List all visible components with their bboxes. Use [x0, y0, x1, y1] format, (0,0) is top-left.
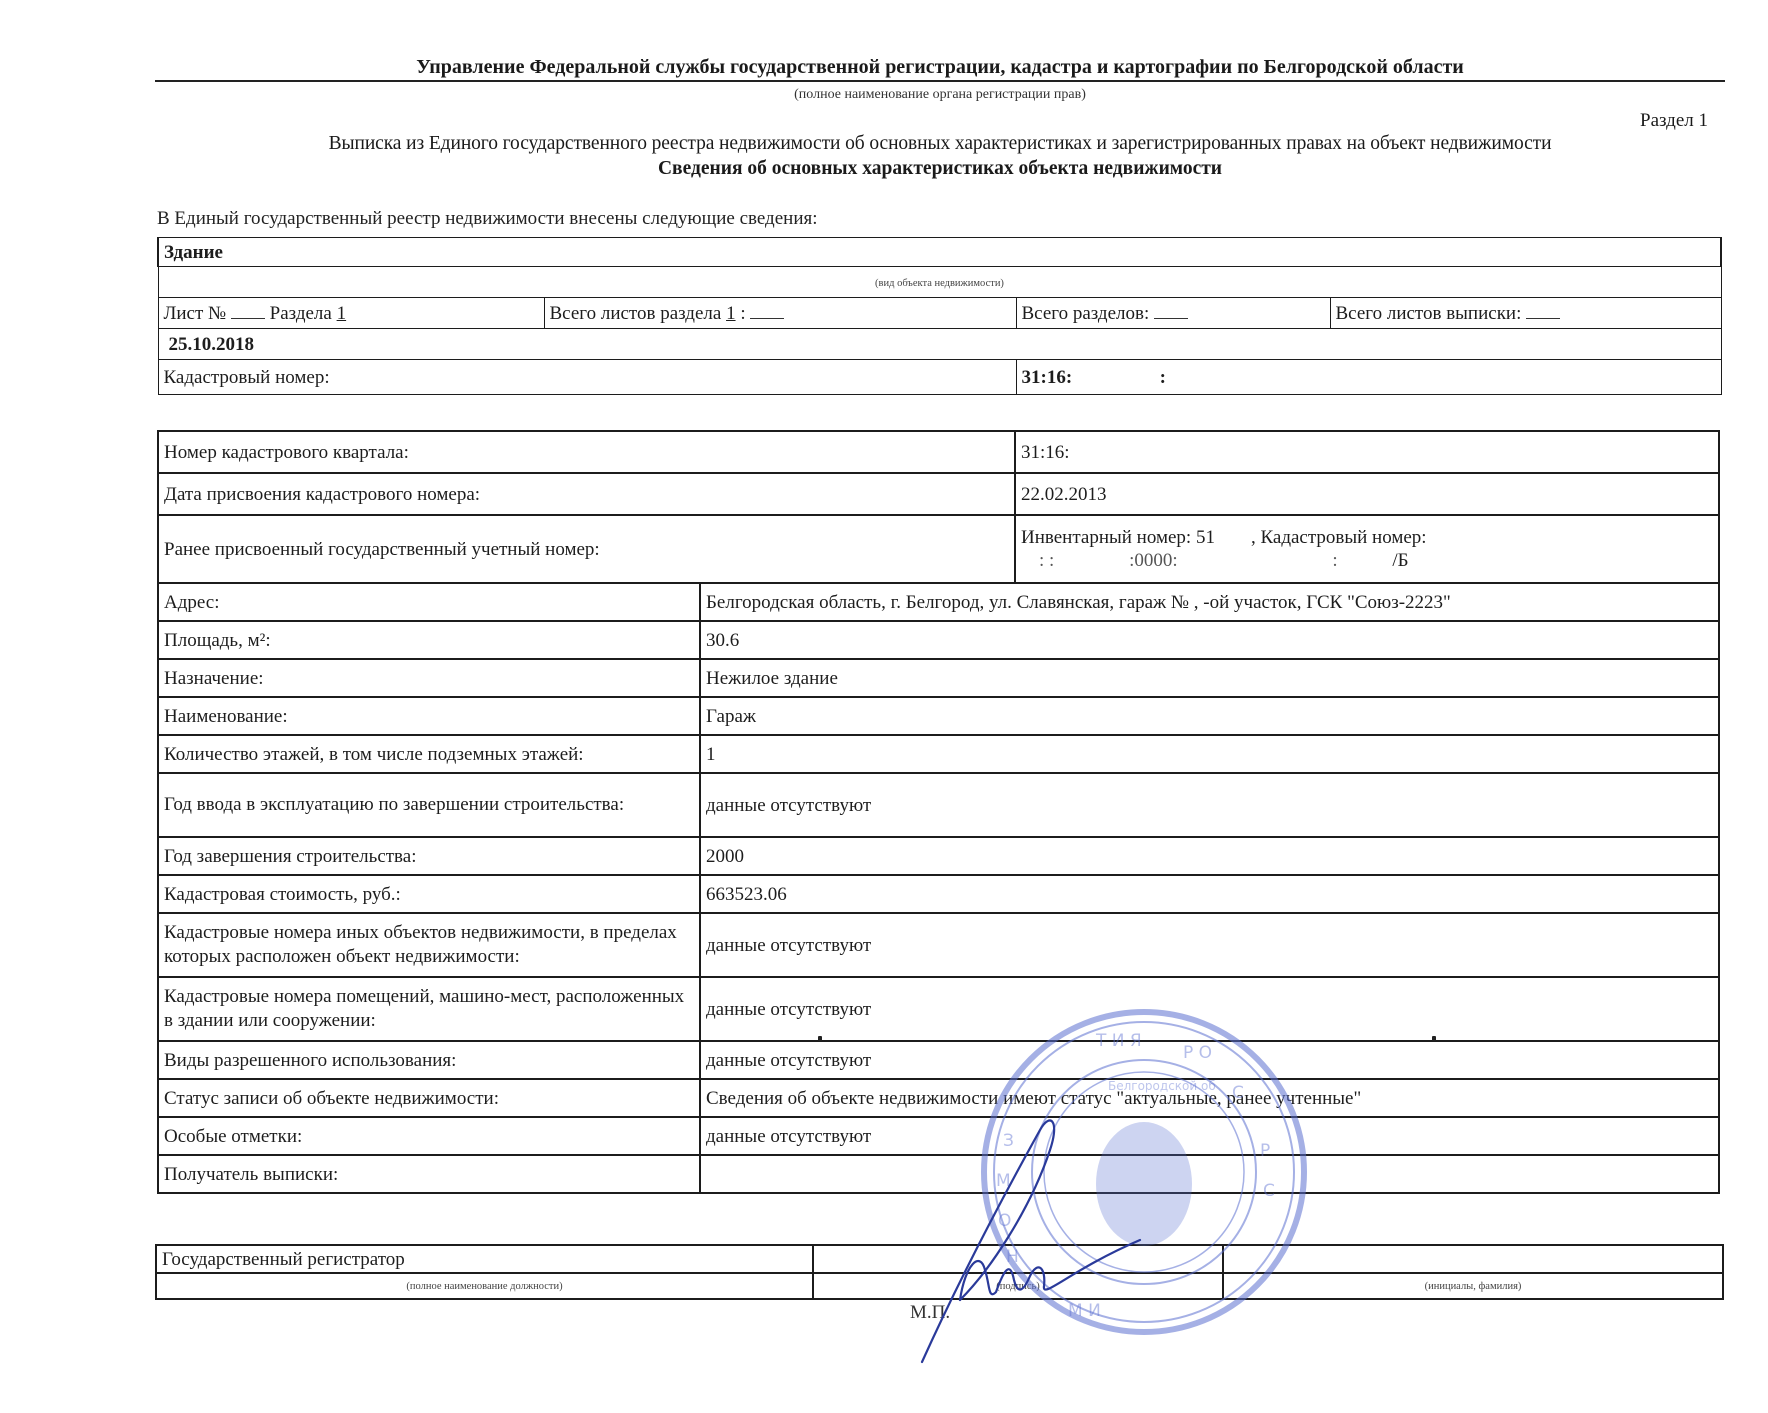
organization-caption: (полное наименование органа регистрации …	[155, 87, 1725, 103]
total-sheets-section-label: Всего листов раздела	[550, 303, 722, 324]
table-row: Назначение:Нежилое здание	[158, 659, 1719, 697]
table-row: Год ввода в эксплуатацию по завершении с…	[158, 773, 1719, 837]
row-label: Кадастровая стоимость, руб.:	[158, 875, 700, 913]
signature-icon	[900, 1100, 1160, 1370]
row-label: Год завершения строительства:	[158, 837, 700, 875]
table-row: Наименование:Гараж	[158, 697, 1719, 735]
row-value: Гараж	[700, 697, 1719, 735]
section-label: Раздел 1	[1640, 110, 1708, 132]
row-label: Количество этажей, в том числе подземных…	[158, 735, 700, 773]
table-row: Количество этажей, в том числе подземных…	[158, 735, 1719, 773]
row-label: Наименование:	[158, 697, 700, 735]
row-label: Номер кадастрового квартала:	[158, 431, 1015, 473]
total-sheets-section-number: 1	[726, 303, 736, 324]
sheet-label: Лист №	[164, 303, 227, 324]
row-value: 1	[700, 735, 1719, 773]
row-label: Год ввода в эксплуатацию по завершении с…	[158, 773, 700, 837]
previous-cadastral-part: :	[1332, 550, 1337, 571]
document-subtitle: Сведения об основных характеристиках объ…	[155, 158, 1725, 180]
cadastral-number-label: Кадастровый номер:	[158, 360, 1016, 395]
row-value: данные отсутствуют	[700, 913, 1719, 977]
total-sections-blank	[1154, 304, 1188, 319]
row-value: 30.6	[700, 621, 1719, 659]
row-value: 663523.06	[700, 875, 1719, 913]
object-type-caption: (вид объекта недвижимости)	[158, 267, 1721, 298]
table-row: Дата присвоения кадастрового номера: 22.…	[158, 473, 1719, 515]
total-sheets-extract-blank	[1526, 304, 1560, 319]
row-value: 2000	[700, 837, 1719, 875]
previous-cadastral-label: , Кадастровый номер:	[1251, 527, 1427, 548]
table-row: Кадастровые номера помещений, машино-мес…	[158, 977, 1719, 1041]
organization-name: Управление Федеральной службы государств…	[155, 56, 1725, 79]
previous-cadastral-suffix: /Б	[1392, 550, 1408, 571]
registrar-position: Государственный регистратор	[156, 1245, 813, 1273]
row-label: Кадастровые номера иных объектов недвижи…	[158, 913, 700, 977]
object-info-table: Здание (вид объекта недвижимости) Лист №…	[157, 237, 1722, 395]
svg-text:Р О: Р О	[1183, 1043, 1212, 1063]
row-label: Назначение:	[158, 659, 700, 697]
svg-text:С: С	[1263, 1181, 1275, 1201]
row-label: Площадь, м²:	[158, 621, 700, 659]
row-label: Особые отметки:	[158, 1117, 700, 1155]
row-value: Белгородская область, г. Белгород, ул. С…	[700, 583, 1719, 621]
cadastral-number-value: 31:16:	[1022, 367, 1073, 388]
row-label: Ранее присвоенный государственный учетны…	[158, 515, 1015, 583]
organization-underline	[155, 80, 1725, 82]
table-row: Виды разрешенного использования:данные о…	[158, 1041, 1719, 1079]
svg-text:С: С	[1232, 1083, 1244, 1103]
row-label: Виды разрешенного использования:	[158, 1041, 700, 1079]
section-word: Раздела	[270, 303, 332, 324]
table-row: Адрес:Белгородская область, г. Белгород,…	[158, 583, 1719, 621]
previous-cadastral-part: :0000:	[1129, 550, 1178, 571]
section-number: 1	[337, 303, 347, 324]
row-value: Нежилое здание	[700, 659, 1719, 697]
total-sheets-extract-label: Всего листов выписки:	[1336, 303, 1522, 324]
table-row: Ранее присвоенный государственный учетны…	[158, 515, 1719, 583]
total-sheets-section-cell: Всего листов раздела 1 :	[544, 298, 1016, 329]
row-label: Получатель выписки:	[158, 1155, 700, 1193]
table-row: Год завершения строительства:2000	[158, 837, 1719, 875]
sheet-number-cell: Лист № Раздела 1	[158, 298, 544, 329]
row-label: Статус записи об объекте недвижимости:	[158, 1079, 700, 1117]
svg-text:Белгородской об: Белгородской об	[1108, 1079, 1216, 1093]
table-row: Кадастровые номера иных объектов недвижи…	[158, 913, 1719, 977]
object-type: Здание	[158, 238, 1721, 267]
total-sheets-section-blank	[750, 304, 784, 319]
row-value: данные отсутствуют	[700, 773, 1719, 837]
total-sheets-extract-cell: Всего листов выписки:	[1330, 298, 1721, 329]
table-row: Номер кадастрового квартала: 31:16:	[158, 431, 1719, 473]
row-value: 31:16:	[1015, 431, 1719, 473]
inventory-number: Инвентарный номер: 51	[1021, 527, 1215, 548]
scan-artifact	[1432, 1036, 1436, 1041]
identification-table: Номер кадастрового квартала: 31:16: Дата…	[157, 430, 1720, 584]
intro-text: В Единый государственный реестр недвижим…	[157, 208, 818, 230]
total-sections-label: Всего разделов:	[1022, 303, 1150, 324]
separator: :	[740, 303, 745, 324]
previous-cadastral-part: : :	[1039, 550, 1054, 571]
position-caption: (полное наименование должности)	[156, 1273, 813, 1299]
row-label: Кадастровые номера помещений, машино-мес…	[158, 977, 700, 1041]
document-title: Выписка из Единого государственного реес…	[155, 133, 1725, 155]
table-row: Кадастровая стоимость, руб.:663523.06	[158, 875, 1719, 913]
svg-text:Р: Р	[1260, 1141, 1270, 1161]
row-label: Адрес:	[158, 583, 700, 621]
table-row: Площадь, м²:30.6	[158, 621, 1719, 659]
row-value: 22.02.2013	[1015, 473, 1719, 515]
sheet-number-blank	[231, 304, 265, 319]
extract-date: 25.10.2018	[158, 329, 1721, 360]
scan-artifact	[818, 1036, 822, 1041]
row-value: Инвентарный номер: 51, Кадастровый номер…	[1015, 515, 1719, 583]
svg-text:Т И Я: Т И Я	[1095, 1031, 1142, 1051]
separator: :	[1160, 367, 1166, 388]
cadastral-number-cell: 31:16: :	[1016, 360, 1721, 395]
row-label: Дата присвоения кадастрового номера:	[158, 473, 1015, 515]
total-sections-cell: Всего разделов:	[1016, 298, 1330, 329]
